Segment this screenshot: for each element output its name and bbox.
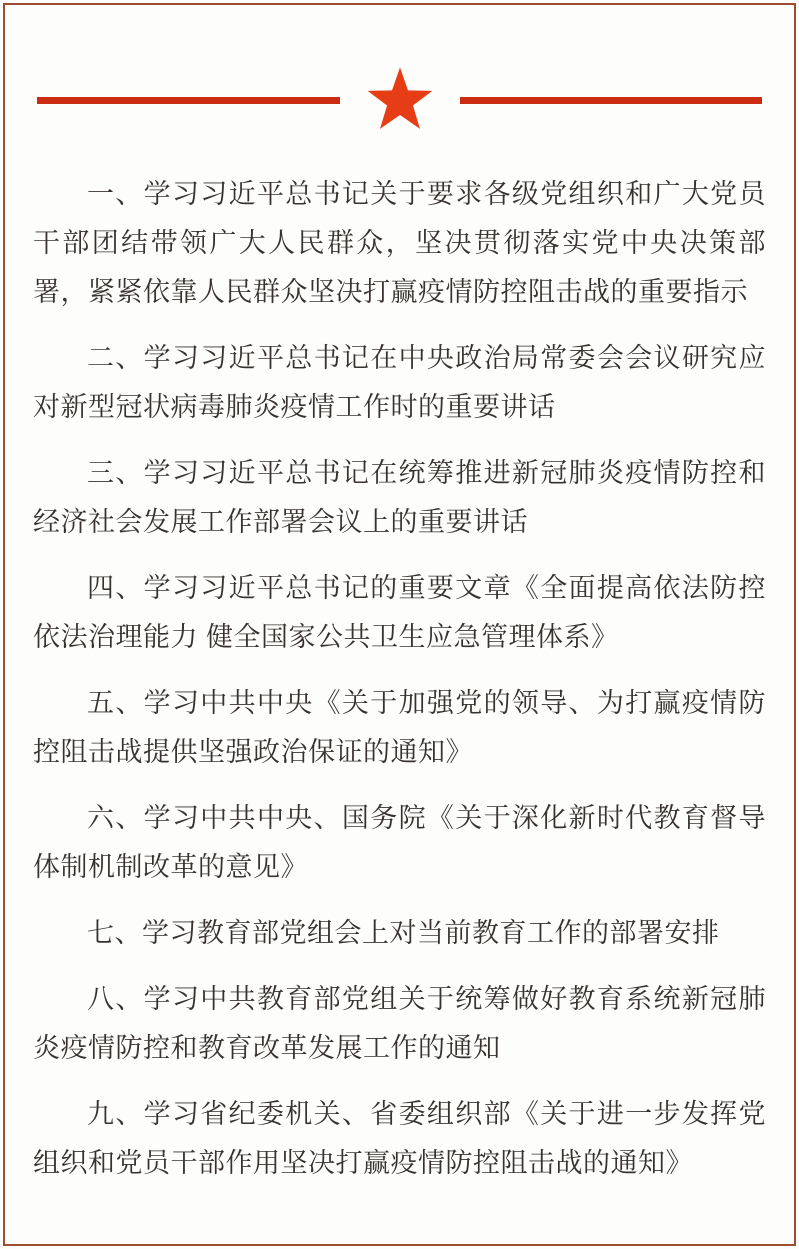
list-item: 七、学习教育部党组会上对当前教育工作的部署安排: [33, 909, 766, 958]
left-rule-line: [37, 97, 340, 104]
list-item: 二、学习习近平总书记在中央政治局常委会会议研究应对新型冠状病毒肺炎疫情工作时的重…: [33, 334, 766, 432]
list-item: 四、学习习近平总书记的重要文章《全面提高依法防控依法治理能力 健全国家公共卫生应…: [33, 564, 766, 662]
list-item: 九、学习省纪委机关、省委组织部《关于进一步发挥党组织和党员干部作用坚决打赢疫情防…: [33, 1090, 766, 1188]
list-item: 六、学习中共中央、国务院《关于深化新时代教育督导体制机制改革的意见》: [33, 794, 766, 892]
red-star-icon: [366, 66, 434, 134]
list-item: 八、学习中共教育部党组关于统筹做好教育系统新冠肺炎疫情防控和教育改革发展工作的通…: [33, 975, 766, 1073]
list-item: 五、学习中共中央《关于加强党的领导、为打赢疫情防控阻击战提供坚强政治保证的通知》: [33, 679, 766, 777]
list-item: 一、学习习近平总书记关于要求各级党组织和广大党员干部团结带领广大人民群众，坚决贯…: [33, 170, 766, 317]
right-rule-line: [460, 97, 763, 104]
header-divider: [37, 66, 762, 134]
list-item: 三、学习习近平总书记在统筹推进新冠肺炎疫情防控和经济社会发展工作部署会议上的重要…: [33, 449, 766, 547]
study-items-list: 一、学习习近平总书记关于要求各级党组织和广大党员干部团结带领广大人民群众，坚决贯…: [33, 170, 766, 1188]
document-page: 一、学习习近平总书记关于要求各级党组织和广大党员干部团结带领广大人民群众，坚决贯…: [0, 0, 799, 1249]
